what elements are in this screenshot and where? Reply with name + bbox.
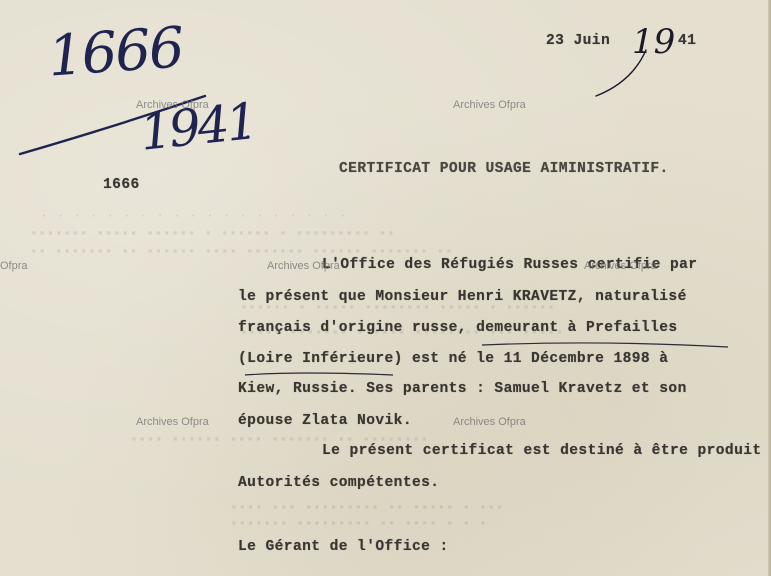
bleed-through-text: ▪▪▪▪ ▪▪▪ ▪▪▪▪▪▪▪▪▪ ▪▪ ▪▪▪▪▪ ▪ ▪▪▪ [230,500,504,515]
archive-watermark: Archives Ofpra [584,260,657,272]
archive-watermark: Archives Ofpra [136,99,209,111]
bleed-through-text: ▪▪▪▪▪▪▪ ▪▪▪▪▪ ▪▪▪▪▪▪ ▪ ▪▪▪▪▪▪ ▪ ▪▪▪▪▪▪▪▪… [30,226,395,241]
signature-label: Le Gérant de l'Office : [238,539,449,555]
archive-watermark: Archives Ofpra [453,416,526,428]
archive-watermark: Archives Ofpra [136,416,209,428]
handwritten-file-number: 1666 [46,15,185,89]
body-line: Kiew, Russie. Ses parents : Samuel Krave… [238,381,687,397]
date-year-suffix: 41 [678,33,696,49]
handwritten-year-prefix: 19 [632,22,675,62]
archive-watermark: Archives Ofpra [267,260,340,272]
body-line: épouse Zlata Novik. [238,413,412,429]
bleed-through-text: · · · · · · · · · · · · · · · · · · · [40,208,347,223]
purpose-line: Le présent certificat est destiné à être… [322,443,762,459]
body-line: (Loire Inférieure) est né le 11 Décembre… [238,351,668,367]
purpose-line: Autorités compétentes. [238,475,439,491]
document-title: CERTIFICAT POUR USAGE AIMINISTRATIF. [339,161,669,177]
reference-number: 1666 [103,177,140,193]
bleed-through-text: ▪▪▪▪▪▪▪ ▪▪▪▪▪▪▪▪▪ ▪▪ ▪▪▪▪ ▪ ▪ ▪ [230,516,487,531]
date-day-month: 23 Juin [546,33,610,49]
archive-watermark: Archives Ofpra [453,99,526,111]
body-line: le présent que Monsieur Henri KRAVETZ, n… [238,289,687,305]
body-line: français d'origine russe, demeurant à Pr… [238,320,678,336]
archive-watermark-partial: Ofpra [0,260,28,272]
